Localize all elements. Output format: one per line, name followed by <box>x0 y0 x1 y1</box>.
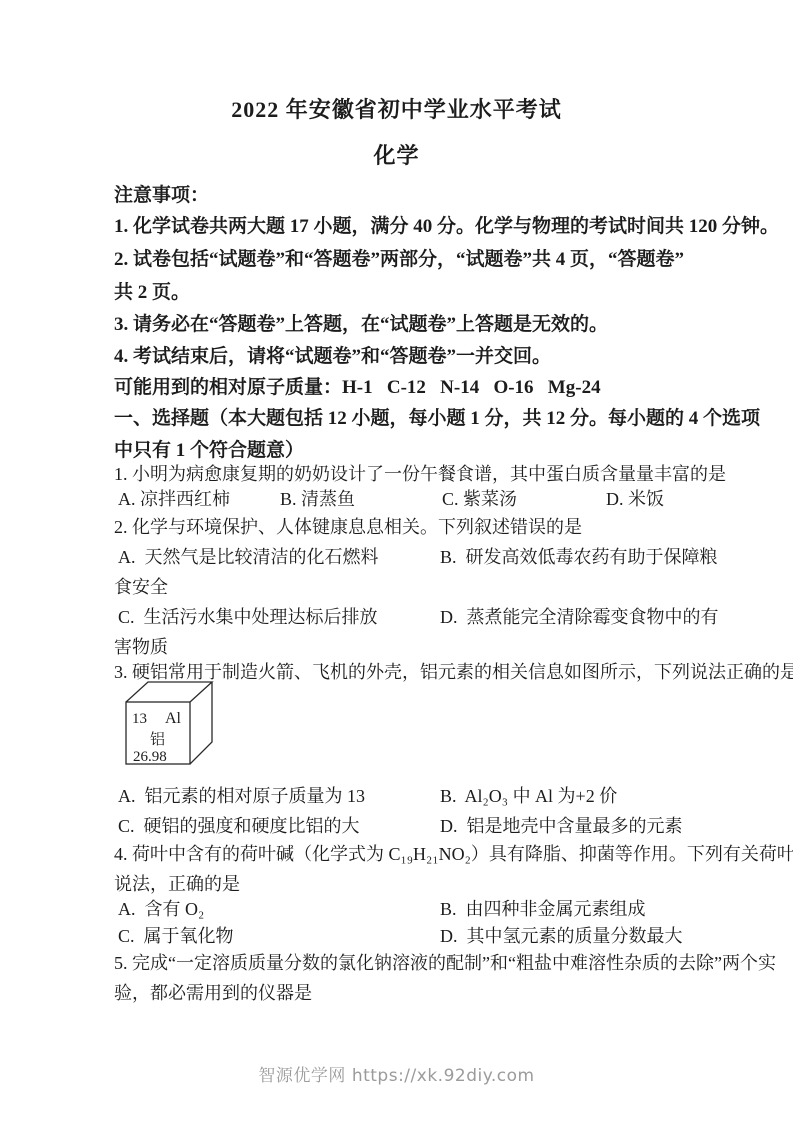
question4-option-c: C. 属于氧化物 <box>118 925 234 948</box>
element-atomic-number: 13 <box>132 711 147 727</box>
question2-option-c: C. 生活污水集中处理达标后排放 <box>118 606 378 629</box>
question4-stem-line2: 说法，正确的是 <box>114 873 724 896</box>
question1-option-a: A. 凉拌西红柿 <box>118 488 230 511</box>
element-symbol: Al <box>165 710 182 727</box>
question4-options-row1: A. 含有 O₂ B. 由四种非金属元素组成 <box>114 898 754 924</box>
notice-item-2: 2. 试卷包括“试题卷”和“答题卷”两部分，“试题卷”共 4 页，“答题卷” <box>114 248 714 272</box>
question3-option-b: B. Al₂O₃ 中 Al 为+2 价 <box>440 785 617 808</box>
question3-option-d: D. 铝是地壳中含量最多的元素 <box>440 815 683 838</box>
question4-option-d: D. 其中氢元素的质量分数最大 <box>440 925 683 948</box>
question4-option-a: A. 含有 O₂ <box>118 898 204 921</box>
question5-stem-line2: 验，都必需用到的仪器是 <box>114 982 724 1005</box>
question1-option-b: B. 清蒸鱼 <box>280 488 355 511</box>
question3-options-row1: A. 铝元素的相对原子质量为 13 B. Al₂O₃ 中 Al 为+2 价 <box>114 785 754 811</box>
question1-option-d: D. 米饭 <box>606 488 664 511</box>
question1-stem: 1. 小明为病愈康复期的奶奶设计了一份午餐食谱，其中蛋白质含量量丰富的是 <box>114 463 724 486</box>
cube-top-face <box>126 682 212 702</box>
question2-options-row1: A. 天然气是比较清洁的化石燃料 B. 研发高效低毒农药有助于保障粮 <box>114 546 754 572</box>
notice-item-3: 3. 请务必在“答题卷”上答题，在“试题卷”上答题是无效的。 <box>114 313 714 337</box>
question1-options-row: A. 凉拌西红柿 B. 清蒸鱼 C. 紫菜汤 D. 米饭 <box>114 488 754 514</box>
question3-options-row2: C. 硬铝的强度和硬度比铝的大 D. 铝是地壳中含量最多的元素 <box>114 815 754 841</box>
site-watermark-footer: 智源优学网 https://xk.92diy.com <box>0 1066 793 1087</box>
exam-document-page: 2022 年安徽省初中学业水平考试 化学 注意事项： 1. 化学试卷共两大题 1… <box>0 0 793 1122</box>
exam-subject-title: 化学 <box>0 142 793 170</box>
element-atomic-mass: 26.98 <box>133 749 167 765</box>
section1-heading-line1: 一、选择题（本大题包括 12 小题，每小题 1 分，共 12 分。每小题的 4 … <box>114 407 714 431</box>
aluminum-element-cube-figure: 13 Al 铝 26.98 <box>110 674 240 774</box>
question2-option-b-continued: 食安全 <box>114 576 724 599</box>
section1-heading-line2: 中只有 1 个符合题意） <box>114 439 714 463</box>
question4-options-row2: C. 属于氧化物 D. 其中氢元素的质量分数最大 <box>114 925 754 951</box>
question2-option-d: D. 蒸煮能完全清除霉变食物中的有 <box>440 606 719 629</box>
question1-option-c: C. 紫菜汤 <box>442 488 517 511</box>
element-name: 铝 <box>150 731 165 748</box>
question2-option-a: A. 天然气是比较清洁的化石燃料 <box>118 546 379 569</box>
question5-stem-line1: 5. 完成“一定溶质质量分数的氯化钠溶液的配制”和“粗盐中难溶性杂质的去除”两个… <box>114 952 724 975</box>
exam-title: 2022 年安徽省初中学业水平考试 <box>0 96 793 124</box>
question2-option-b: B. 研发高效低毒农药有助于保障粮 <box>440 546 718 569</box>
question4-stem-line1: 4. 荷叶中含有的荷叶碱（化学式为 C₁₉H₂₁NO₂）具有降脂、抑菌等作用。下… <box>114 843 724 866</box>
question2-option-d-continued: 害物质 <box>114 636 724 659</box>
notice-item-1: 1. 化学试卷共两大题 17 小题，满分 40 分。化学与物理的考试时间共 12… <box>114 215 714 239</box>
question2-stem: 2. 化学与环境保护、人体键康息息相关。下列叙述错误的是 <box>114 516 724 539</box>
question3-option-a: A. 铝元素的相对原子质量为 13 <box>118 785 365 808</box>
notice-item-4: 4. 考试结束后，请将“试题卷”和“答题卷”一并交回。 <box>114 345 714 369</box>
question4-option-b: B. 由四种非金属元素组成 <box>440 898 646 921</box>
cube-side-face <box>190 682 212 764</box>
notice-heading: 注意事项： <box>114 184 714 208</box>
relative-atomic-masses-line: 可能用到的相对原子质量：H-1 C-12 N-14 O-16 Mg-24 <box>114 376 714 400</box>
question2-options-row2: C. 生活污水集中处理达标后排放 D. 蒸煮能完全清除霉变食物中的有 <box>114 606 754 632</box>
notice-item-2-continued: 共 2 页。 <box>114 281 714 305</box>
question3-option-c: C. 硬铝的强度和硬度比铝的大 <box>118 815 360 838</box>
